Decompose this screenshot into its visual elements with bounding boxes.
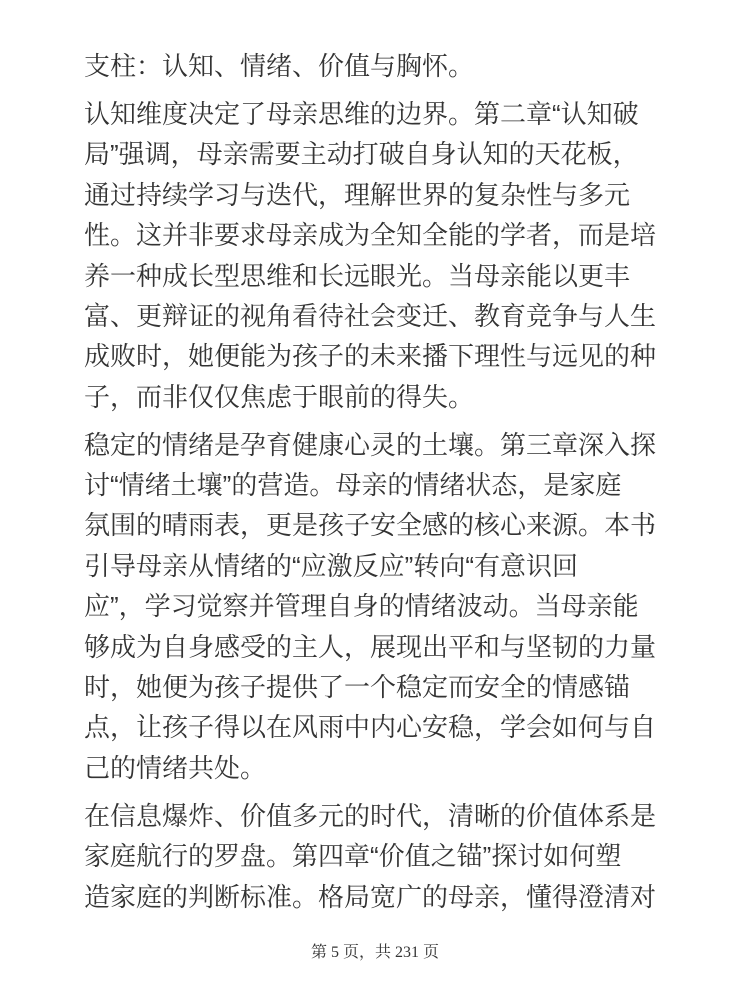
text-line: 应”，学习觉察并管理自身的情绪波动。当母亲能: [84, 586, 684, 626]
text-line: 认知维度决定了母亲思维的边界。第二章“认知破: [84, 94, 684, 134]
page-body: 支柱：认知、情绪、价值与胸怀。认知维度决定了母亲思维的边界。第二章“认知破局”强…: [84, 46, 684, 925]
text-line: 够成为自身感受的主人，展现出平和与坚韧的力量: [84, 627, 684, 667]
paragraph: 稳定的情绪是孕育健康心灵的土壤。第三章深入探讨“情绪土壤”的营造。母亲的情绪状态…: [84, 425, 684, 789]
text-line: 引导母亲从情绪的“应激反应”转向“有意识回: [84, 546, 684, 586]
text-line: 性。这并非要求母亲成为全知全能的学者，而是培: [84, 215, 684, 255]
document-page: 支柱：认知、情绪、价值与胸怀。认知维度决定了母亲思维的边界。第二章“认知破局”强…: [0, 0, 750, 1000]
page-number: 第 5 页，共 231 页: [311, 944, 439, 961]
text-line: 通过持续学习与迭代，理解世界的复杂性与多元: [84, 175, 684, 215]
text-line: 支柱：认知、情绪、价值与胸怀。: [84, 46, 684, 86]
paragraph: 支柱：认知、情绪、价值与胸怀。: [84, 46, 684, 86]
text-line: 在信息爆炸、价值多元的时代，清晰的价值体系是: [84, 796, 684, 836]
text-line: 点，让孩子得以在风雨中内心安稳，学会如何与自: [84, 707, 684, 747]
text-line: 家庭航行的罗盘。第四章“价值之锚”探讨如何塑: [84, 836, 684, 876]
text-line: 己的情绪共处。: [84, 748, 684, 788]
text-line: 时，她便为孩子提供了一个稳定而安全的情感锚: [84, 667, 684, 707]
page-footer: 第 5 页，共 231 页: [0, 943, 750, 963]
text-line: 氛围的晴雨表，更是孩子安全感的核心来源。本书: [84, 505, 684, 545]
paragraph: 在信息爆炸、价值多元的时代，清晰的价值体系是家庭航行的罗盘。第四章“价值之锚”探…: [84, 796, 684, 917]
paragraph: 认知维度决定了母亲思维的边界。第二章“认知破局”强调，母亲需要主动打破自身认知的…: [84, 94, 684, 417]
text-line: 讨“情绪土壤”的营造。母亲的情绪状态，是家庭: [84, 465, 684, 505]
text-line: 稳定的情绪是孕育健康心灵的土壤。第三章深入探: [84, 425, 684, 465]
text-line: 养一种成长型思维和长远眼光。当母亲能以更丰: [84, 256, 684, 296]
text-line: 造家庭的判断标准。格局宽广的母亲，懂得澄清对: [84, 877, 684, 917]
text-line: 富、更辩证的视角看待社会变迁、教育竞争与人生: [84, 296, 684, 336]
text-line: 子，而非仅仅焦虑于眼前的得失。: [84, 377, 684, 417]
text-line: 成败时，她便能为孩子的未来播下理性与远见的种: [84, 336, 684, 376]
text-line: 局”强调，母亲需要主动打破自身认知的天花板，: [84, 134, 684, 174]
